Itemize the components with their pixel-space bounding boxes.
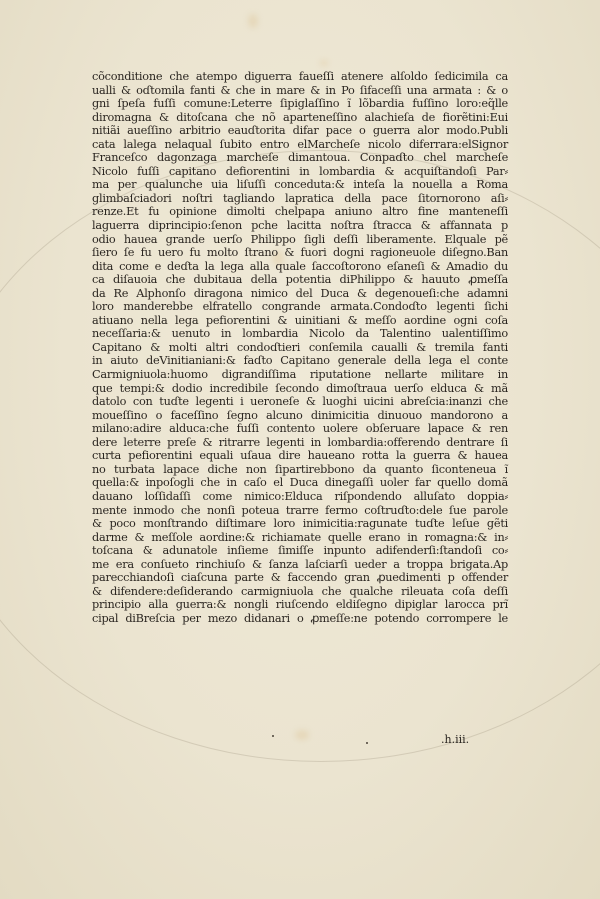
text-line: atiuano nella lega pefiorentini & uiniti… — [92, 314, 508, 328]
text-line: curta pefiorentini equali uſaua dire hau… — [92, 449, 508, 463]
text-line: ſiero ſe fu uero fu molto ſtrano & fuori… — [92, 246, 508, 260]
text-line: mente inmodo che nonſi poteua trarre fer… — [92, 504, 508, 518]
text-line: cipal diBreſcia per mezo didanari o ꝓmeſ… — [92, 612, 508, 626]
text-line: que tempi:& dodio incredibile ſecondo di… — [92, 382, 508, 396]
ink-speck — [366, 742, 368, 744]
text-line: datolo con tuɗte legenti i ueroneſe & lu… — [92, 395, 508, 409]
text-line: dita come e deɗta la lega alla quale ſac… — [92, 260, 508, 274]
text-line: darme & meſſole aordine:& richiamate que… — [92, 531, 508, 545]
text-line: cata lalega nelaqual ſubito entro elMarc… — [92, 138, 508, 152]
text-line: me era conſueto rinchiuſo & ſanza laſcia… — [92, 558, 508, 572]
text-line: da Re Alphonſo diragona nimico del Duca … — [92, 287, 508, 301]
text-line: laguerra diprincipio:ſenon pche lacitta … — [92, 219, 508, 233]
text-line: cõconditione che atempo diguerra faueſſi… — [92, 70, 508, 84]
text-line: glimbaſciadori noſtri tagliando lapratic… — [92, 192, 508, 206]
text-line: odio hauea grande uerſo Philippo ſigli d… — [92, 233, 508, 247]
text-line: toſcana & adunatole inſieme ſimiſſe inpu… — [92, 544, 508, 558]
text-line: ca diſauoia che dubitaua della potentia … — [92, 273, 508, 287]
text-line: no turbata lapace diche non ſipartirebbo… — [92, 463, 508, 477]
text-line: renze.Et fu opinione dimolti chelpapa an… — [92, 205, 508, 219]
ink-speck — [272, 735, 274, 737]
paper-stain — [320, 60, 328, 66]
text-line: milano:adire alduca:che fuſſi contento u… — [92, 422, 508, 436]
text-line: dere leterre preſe & ritrarre legenti in… — [92, 436, 508, 450]
text-line: loro manderebbe elfratello congrande arm… — [92, 300, 508, 314]
text-line: gni ſpeſa fuſſi comune:Leterre ſipiglaſſ… — [92, 97, 508, 111]
text-line: moueſſino o faceſſino ſegno alcuno dinim… — [92, 409, 508, 423]
text-line: Capitano & molti altri condoɗtieri conſe… — [92, 341, 508, 355]
signature-mark: .h.iii. — [441, 733, 469, 746]
text-line: parecchiandoſi ciaſcuna parte & faccendo… — [92, 571, 508, 585]
text-line: principio alla guerra:& nongli riuſcendo… — [92, 598, 508, 612]
text-line: & poco monſtrando diſtimare loro inimici… — [92, 517, 508, 531]
text-line: ma per qualunche uia liſuſſi conceduta:&… — [92, 178, 508, 192]
text-line: dauano loſſidaſſi come nimico:Elduca riſ… — [92, 490, 508, 504]
text-line: Nicolo fuſſi capitano defiorentini in lo… — [92, 165, 508, 179]
text-line: ualli & oɗtomila fanti & che in mare & i… — [92, 84, 508, 98]
text-line: diromagna & ditoſcana che nõ aparteneſſi… — [92, 111, 508, 125]
text-line: Carmigniuola:huomo digrandiſſima riputat… — [92, 368, 508, 382]
text-line: & difendere:deſiderando carmigniuola che… — [92, 585, 508, 599]
text-line: in aiuto deVinitianiani:& faɗto Capitano… — [92, 354, 508, 368]
paper-stain — [295, 730, 309, 740]
text-line: Franceſco dagonzaga marcheſe dimantoua. … — [92, 151, 508, 165]
text-line: neceſſaria:& uenuto in lombardia Nicolo … — [92, 327, 508, 341]
paper-stain — [248, 14, 258, 28]
body-text: cõconditione che atempo diguerra faueſſi… — [92, 70, 508, 625]
text-line: nitiãi aueſſino arbitrio eauɗtorita difa… — [92, 124, 508, 138]
document-page: cõconditione che atempo diguerra faueſſi… — [0, 0, 600, 899]
text-line: quella:& inpoſogli che in caſo el Duca d… — [92, 476, 508, 490]
